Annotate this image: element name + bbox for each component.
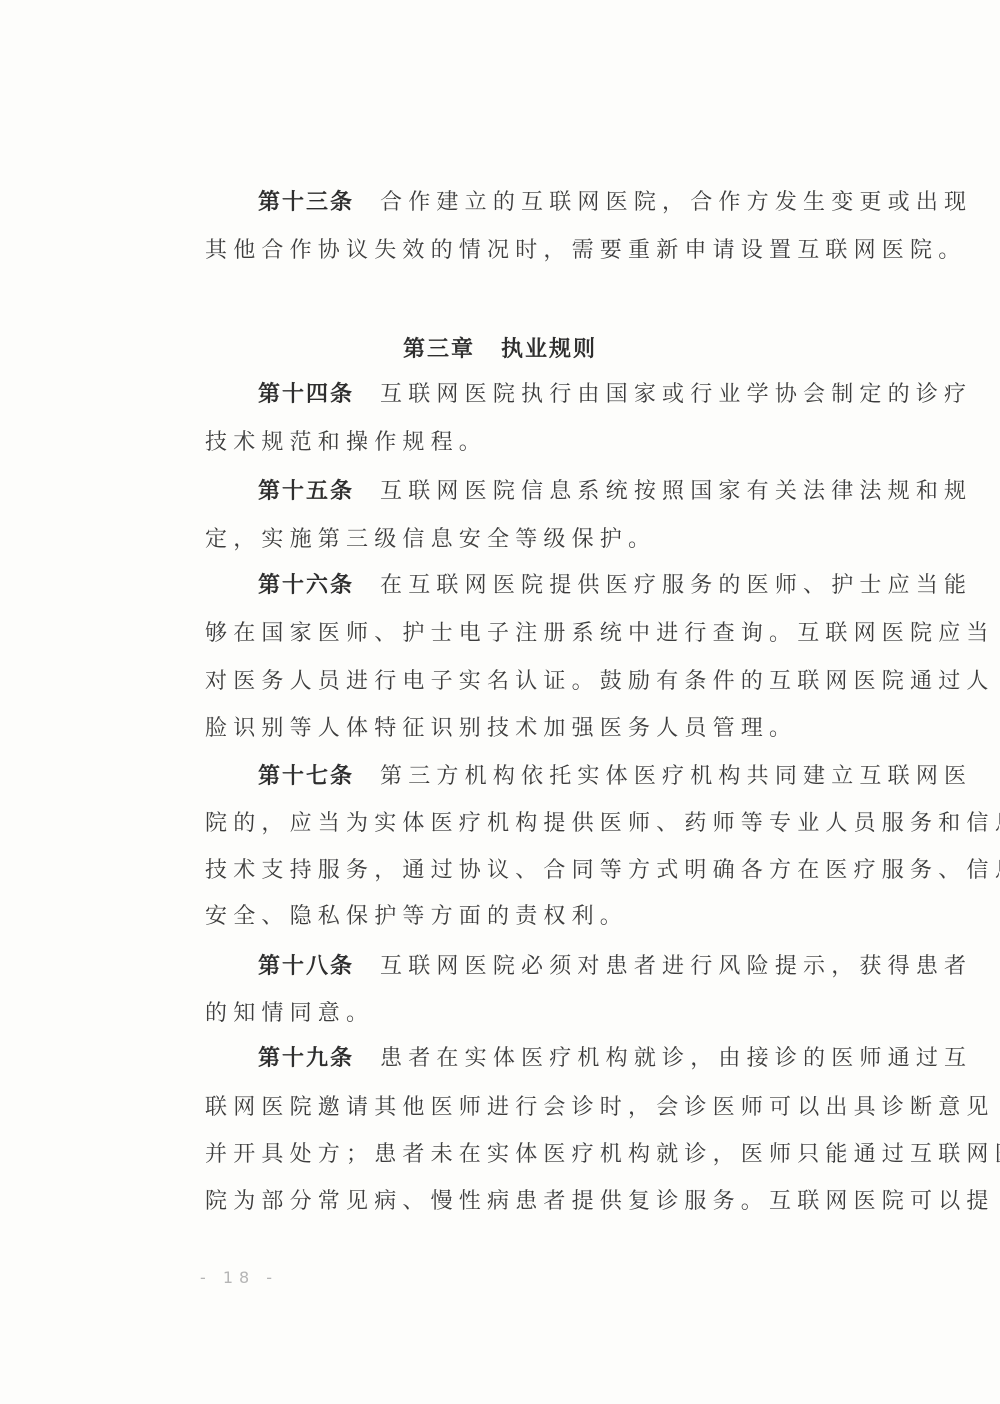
article-18-line-2: 的知情同意。 — [205, 999, 910, 1029]
article-13-line-1: 第十三条合作建立的互联网医院，合作方发生变更或出现 — [258, 188, 910, 218]
article-14-line-1: 第十四条互联网医院执行由国家或行业学协会制定的诊疗 — [258, 380, 910, 410]
article-18-line-1: 第十八条互联网医院必须对患者进行风险提示，获得患者 — [258, 952, 910, 982]
article-13-line-2: 其他合作协议失效的情况时，需要重新申请设置互联网医院。 — [205, 236, 910, 266]
article-16-line-1: 第十六条在互联网医院提供医疗服务的医师、护士应当能 — [258, 571, 910, 601]
article-16-line-4: 脸识别等人体特征识别技术加强医务人员管理。 — [205, 714, 910, 744]
article-label: 第十四条 — [258, 382, 354, 407]
document-page: 第十三条合作建立的互联网医院，合作方发生变更或出现 其他合作协议失效的情况时，需… — [0, 0, 1000, 1404]
article-text: 互联网医院必须对患者进行风险提示，获得患者 — [380, 954, 972, 979]
chapter-number: 第三章 — [403, 337, 475, 362]
chapter-title: 执业规则 — [501, 337, 597, 362]
article-15-line-2: 定，实施第三级信息安全等级保护。 — [205, 525, 910, 555]
article-label: 第十三条 — [258, 190, 354, 215]
article-label: 第十六条 — [258, 573, 354, 598]
article-17-line-2: 院的，应当为实体医疗机构提供医师、药师等专业人员服务和信息 — [205, 809, 910, 839]
article-17-line-4: 安全、隐私保护等方面的责权利。 — [205, 902, 910, 932]
article-text: 第三方机构依托实体医疗机构共同建立互联网医 — [380, 764, 972, 789]
article-text: 患者在实体医疗机构就诊，由接诊的医师通过互 — [380, 1046, 972, 1071]
article-16-line-2: 够在国家医师、护士电子注册系统中进行查询。互联网医院应当 — [205, 619, 910, 649]
article-14-line-2: 技术规范和操作规程。 — [205, 428, 910, 458]
article-19-line-2: 联网医院邀请其他医师进行会诊时，会诊医师可以出具诊断意见 — [205, 1093, 910, 1123]
article-label: 第十七条 — [258, 764, 354, 789]
article-text: 合作建立的互联网医院，合作方发生变更或出现 — [380, 190, 972, 215]
article-19-line-1: 第十九条患者在实体医疗机构就诊，由接诊的医师通过互 — [258, 1044, 910, 1074]
chapter-heading: 第三章执业规则 — [0, 335, 1000, 365]
article-label: 第十八条 — [258, 954, 354, 979]
article-17-line-3: 技术支持服务，通过协议、合同等方式明确各方在医疗服务、信息 — [205, 856, 910, 886]
page-number: - 18 - — [200, 1268, 278, 1287]
article-15-line-1: 第十五条互联网医院信息系统按照国家有关法律法规和规 — [258, 477, 910, 507]
article-text: 在互联网医院提供医疗服务的医师、护士应当能 — [380, 573, 972, 598]
article-label: 第十九条 — [258, 1046, 354, 1071]
article-19-line-4: 院为部分常见病、慢性病患者提供复诊服务。互联网医院可以提 — [205, 1187, 910, 1217]
article-19-line-3: 并开具处方；患者未在实体医疗机构就诊，医师只能通过互联网医 — [205, 1140, 910, 1170]
article-17-line-1: 第十七条第三方机构依托实体医疗机构共同建立互联网医 — [258, 762, 910, 792]
article-16-line-3: 对医务人员进行电子实名认证。鼓励有条件的互联网医院通过人 — [205, 667, 910, 697]
article-label: 第十五条 — [258, 479, 354, 504]
article-text: 互联网医院执行由国家或行业学协会制定的诊疗 — [380, 382, 972, 407]
article-text: 互联网医院信息系统按照国家有关法律法规和规 — [380, 479, 972, 504]
